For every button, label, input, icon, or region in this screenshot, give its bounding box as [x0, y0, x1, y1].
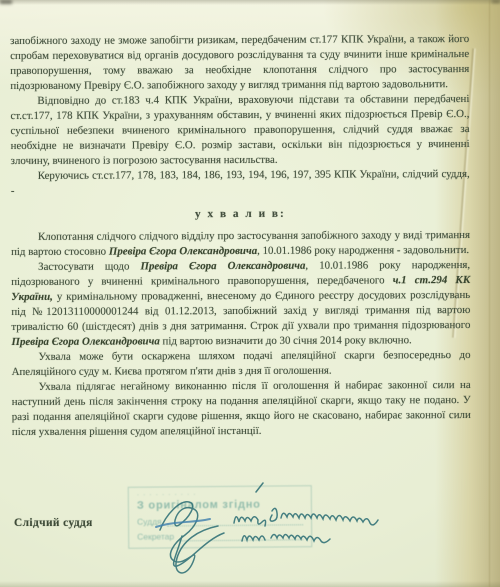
paragraph: Керуючись ст.ст.177, 178, 183, 184, 186,… — [11, 167, 470, 199]
handwritten-signature — [130, 478, 460, 583]
paragraph: Відповідно до ст.183 ч.4 КПК України, вр… — [10, 92, 469, 169]
paragraph: Ухвала може бути оскаржена шляхом подачі… — [11, 348, 470, 380]
document-photo: запобіжного заходу не зможе запобігти ри… — [0, 0, 500, 587]
paragraph: Застосувати щодо Превіра Єгора Олександр… — [11, 258, 470, 350]
document-body: запобіжного заходу не зможе запобігти ри… — [10, 32, 471, 440]
judge-title-label: Слідчий суддя — [14, 517, 93, 529]
photo-artifact — [492, 0, 500, 3]
ruling-heading: у х в а л и в: — [11, 206, 470, 223]
paper-edge — [489, 0, 490, 587]
paragraph: Клопотання слідчого слідчого відділу про… — [11, 228, 470, 260]
photo-artifact — [0, 0, 12, 4]
paragraph: запобіжного заходу не зможе запобігти ри… — [10, 32, 469, 94]
paragraph: Ухвала підлягає негайному виконанню післ… — [12, 378, 471, 440]
